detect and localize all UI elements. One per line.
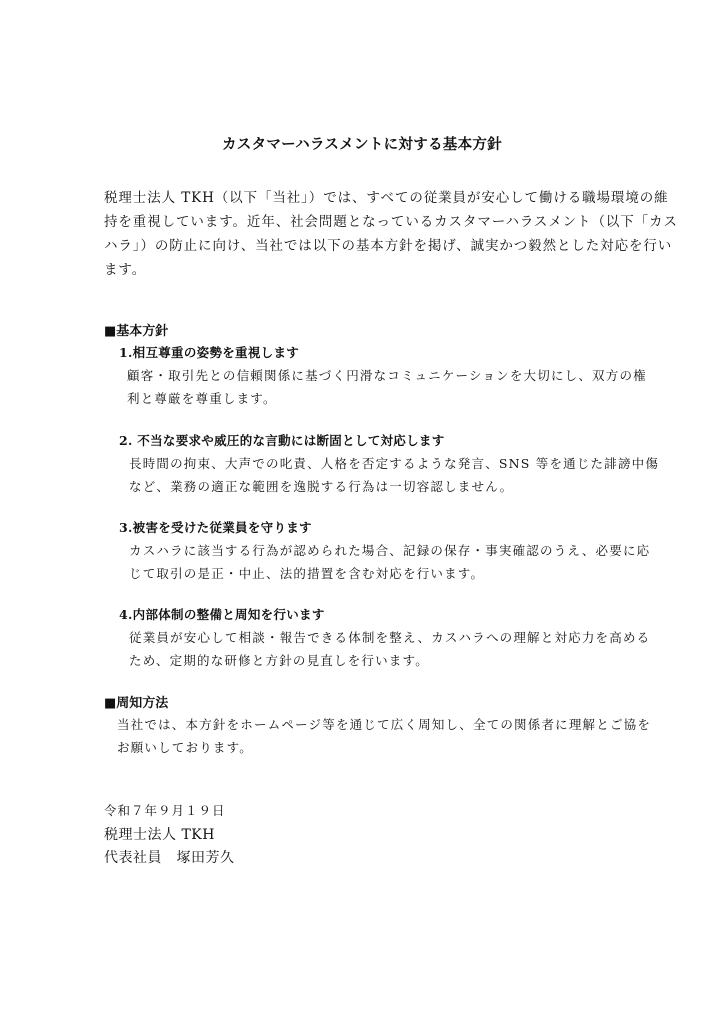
document-page: カスタマーハラスメントに対する基本方針 税理士法人 TKH（以下「当社」）では、…	[0, 0, 724, 1024]
policy-item-body-line: 利と尊厳を尊重します。	[127, 389, 277, 407]
policy-item-body-line: カスハラに該当する行為が認められた場合、記録の保存・事実確認のうえ、必要に応	[129, 541, 650, 559]
signature-date: 令和７年９月１９日	[104, 801, 226, 819]
policy-item-heading: 1.相互尊重の姿勢を重視します	[119, 343, 299, 361]
notice-body-line: 当社では、本方針をホームページ等を通じて広く周知し、全ての関係者に理解とご協を	[117, 715, 651, 733]
intro-line: 持を重視しています。近年、社会問題となっているカスタマーハラスメント（以下「カス	[104, 210, 678, 230]
policy-item-heading: 3.被害を受けた従業員を守ります	[119, 518, 312, 536]
intro-line: ハラ」）の防止に向け、当社では以下の基本方針を掲げ、誠実かつ毅然とした対応を行い	[104, 234, 672, 254]
policy-item-body-line: 顧客・取引先との信頼関係に基づく円滑なコミュニケーションを大切にし、双方の権	[127, 366, 647, 384]
policy-item-body-line: 長時間の拘束、大声での叱責、人格を否定するような発言、SNS 等を通じた誹謗中傷	[129, 454, 659, 472]
section-heading-policy: ■基本方針	[104, 320, 168, 339]
intro-line: 税理士法人 TKH（以下「当社」）では、すべての従業員が安心して働ける職場環境の…	[104, 186, 669, 206]
policy-item-heading: 4.内部体制の整備と周知を行います	[119, 605, 325, 623]
document-title: カスタマーハラスメントに対する基本方針	[0, 133, 724, 154]
notice-body-line: お願いしております。	[117, 738, 253, 756]
signature-company: 税理士法人 TKH	[104, 824, 215, 844]
section-heading-notice: ■周知方法	[104, 692, 168, 711]
policy-item-heading: 2. 不当な要求や威圧的な言動には断固として対応します	[119, 431, 445, 449]
policy-item-body-line: 従業員が安心して相談・報告できる体制を整え、カスハラへの理解と対応力を高める	[129, 628, 650, 646]
signature-representative: 代表社員 塚田芳久	[104, 847, 235, 867]
policy-item-body-line: じて取引の是正・中止、法的措置を含む対応を行います。	[129, 564, 484, 582]
intro-line: ます。	[104, 258, 146, 278]
policy-item-body-line: ため、定期的な研修と方針の見直しを行います。	[129, 651, 429, 669]
policy-item-body-line: など、業務の適正な範囲を逸脱する行為は一切容認しません。	[129, 477, 513, 495]
